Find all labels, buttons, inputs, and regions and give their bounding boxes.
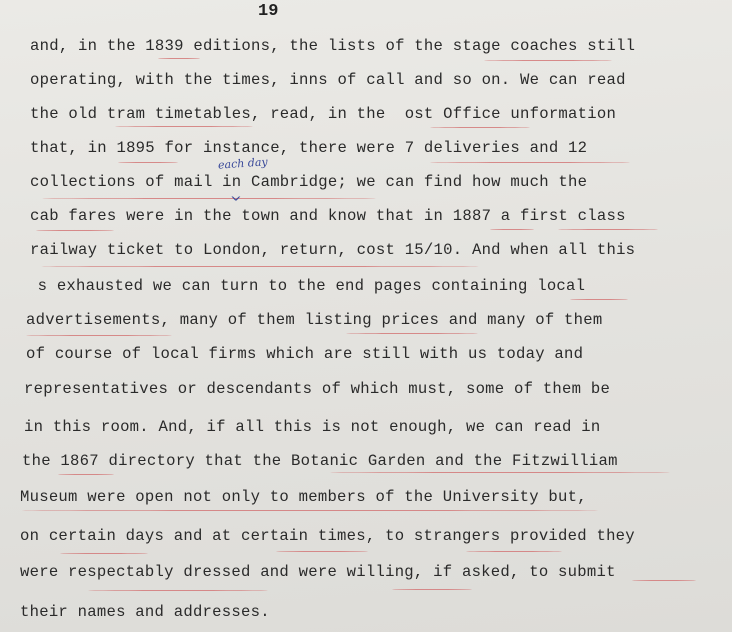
underline-mark (40, 266, 480, 267)
text-line-4: that, in 1895 for instance, there were 7… (30, 139, 587, 157)
underline-mark (484, 60, 612, 61)
underline-mark (558, 229, 658, 230)
underline-mark (430, 162, 630, 163)
underline-mark (346, 333, 478, 334)
handwritten-annotation: each day (218, 155, 268, 171)
underline-mark (42, 198, 376, 199)
underline-mark (158, 58, 200, 59)
text-line-3: the old tram timetables, read, in the os… (30, 105, 616, 123)
underline-mark (26, 335, 172, 336)
underline-mark (392, 589, 472, 590)
text-line-9: advertisements, many of them listing pri… (26, 311, 602, 329)
underline-mark (58, 474, 114, 475)
underline-mark (20, 510, 600, 511)
underline-mark (430, 127, 530, 128)
underline-mark (118, 162, 178, 163)
text-line-16: were respectably dressed and were willin… (20, 563, 616, 581)
underline-mark (490, 229, 534, 230)
text-line-6: cab fares were in the town and know that… (30, 207, 626, 225)
text-line-5: collections of mail in Cambridge; we can… (30, 173, 587, 191)
text-line-12: in this room. And, if all this is not en… (24, 418, 600, 436)
text-line-13: the 1867 directory that the Botanic Gard… (22, 452, 618, 470)
typewritten-page: 19 and, in the 1839 editions, the lists … (0, 0, 732, 632)
text-line-2: operating, with the times, inns of call … (30, 71, 626, 89)
underline-mark (115, 126, 253, 127)
text-line-17: their names and addresses. (20, 603, 270, 621)
page-number: 19 (258, 2, 278, 21)
text-line-11: representatives or descendants of which … (24, 380, 610, 398)
text-line-1: and, in the 1839 editions, the lists of … (30, 37, 635, 55)
text-line-10: of course of local firms which are still… (26, 345, 583, 363)
underline-mark (330, 472, 670, 473)
underline-mark (570, 299, 628, 300)
underline-mark (632, 580, 696, 581)
underline-mark (466, 551, 562, 552)
text-line-14: Museum were open not only to members of … (20, 488, 587, 506)
underline-mark (88, 590, 268, 591)
underline-mark (36, 230, 114, 231)
text-line-7: railway ticket to London, return, cost 1… (30, 241, 635, 259)
insertion-caret-icon: ^ (230, 186, 242, 202)
underline-mark (276, 551, 368, 552)
underline-mark (60, 553, 148, 554)
text-line-15: on certain days and at certain times, to… (20, 527, 635, 545)
text-line-8: s exhausted we can turn to the end pages… (28, 277, 585, 295)
